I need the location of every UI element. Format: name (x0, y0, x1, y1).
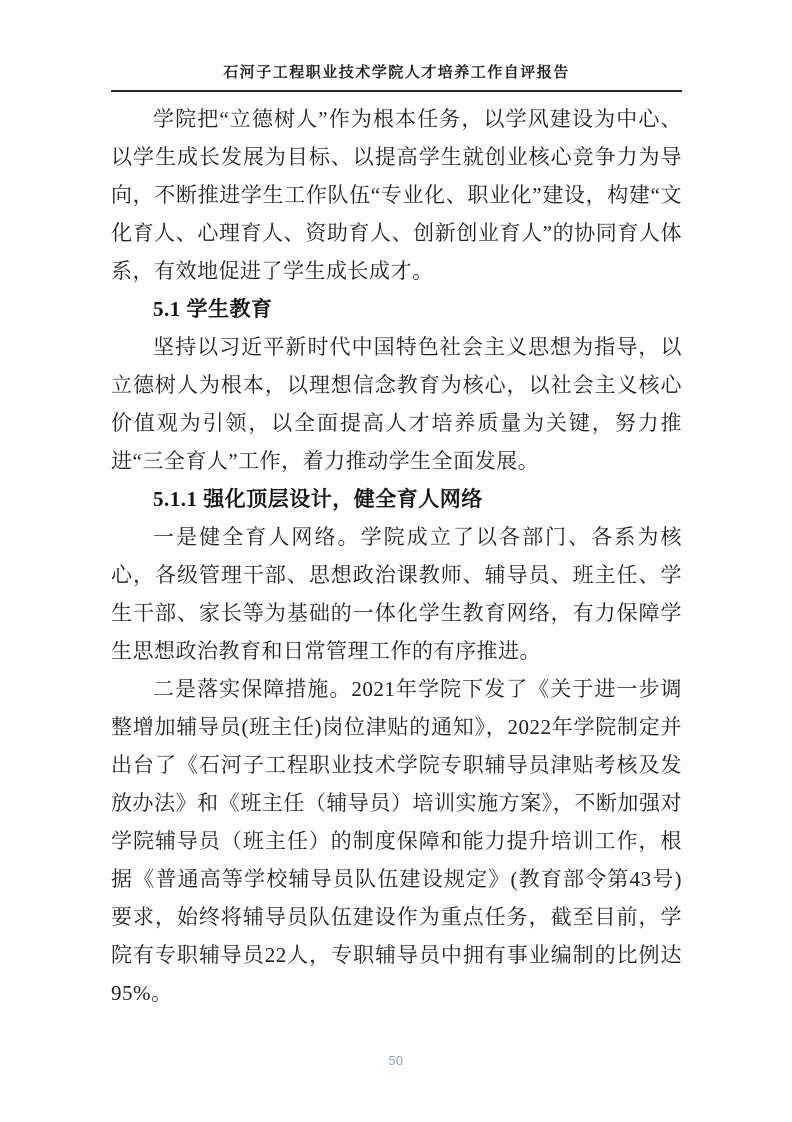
page-footer: 50 (0, 1052, 792, 1070)
paragraph-intro: 学院把“立德树人”作为根本任务，以学风建设为中心、以学生成长发展为目标、以提高学… (111, 100, 682, 290)
header-title: 石河子工程职业技术学院人才培养工作自评报告 (111, 63, 682, 84)
header-rule (111, 90, 682, 92)
paragraph-point-two: 二是落实保障措施。2021年学院下发了《关于进一步调整增加辅导员(班主任)岗位津… (111, 670, 682, 1012)
heading-5-1: 5.1 学生教育 (111, 290, 682, 328)
page-header: 石河子工程职业技术学院人才培养工作自评报告 (111, 63, 682, 92)
document-body: 学院把“立德树人”作为根本任务，以学风建设为中心、以学生成长发展为目标、以提高学… (111, 100, 682, 1012)
paragraph-point-one: 一是健全育人网络。学院成立了以各部门、各系为核心，各级管理干部、思想政治课教师、… (111, 518, 682, 670)
heading-5-1-1: 5.1.1 强化顶层设计，健全育人网络 (111, 480, 682, 518)
document-page: 石河子工程职业技术学院人才培养工作自评报告 学院把“立德树人”作为根本任务，以学… (0, 0, 792, 1122)
paragraph-5-1-intro: 坚持以习近平新时代中国特色社会主义思想为指导，以立德树人为根本，以理想信念教育为… (111, 328, 682, 480)
page-number: 50 (389, 1054, 404, 1068)
